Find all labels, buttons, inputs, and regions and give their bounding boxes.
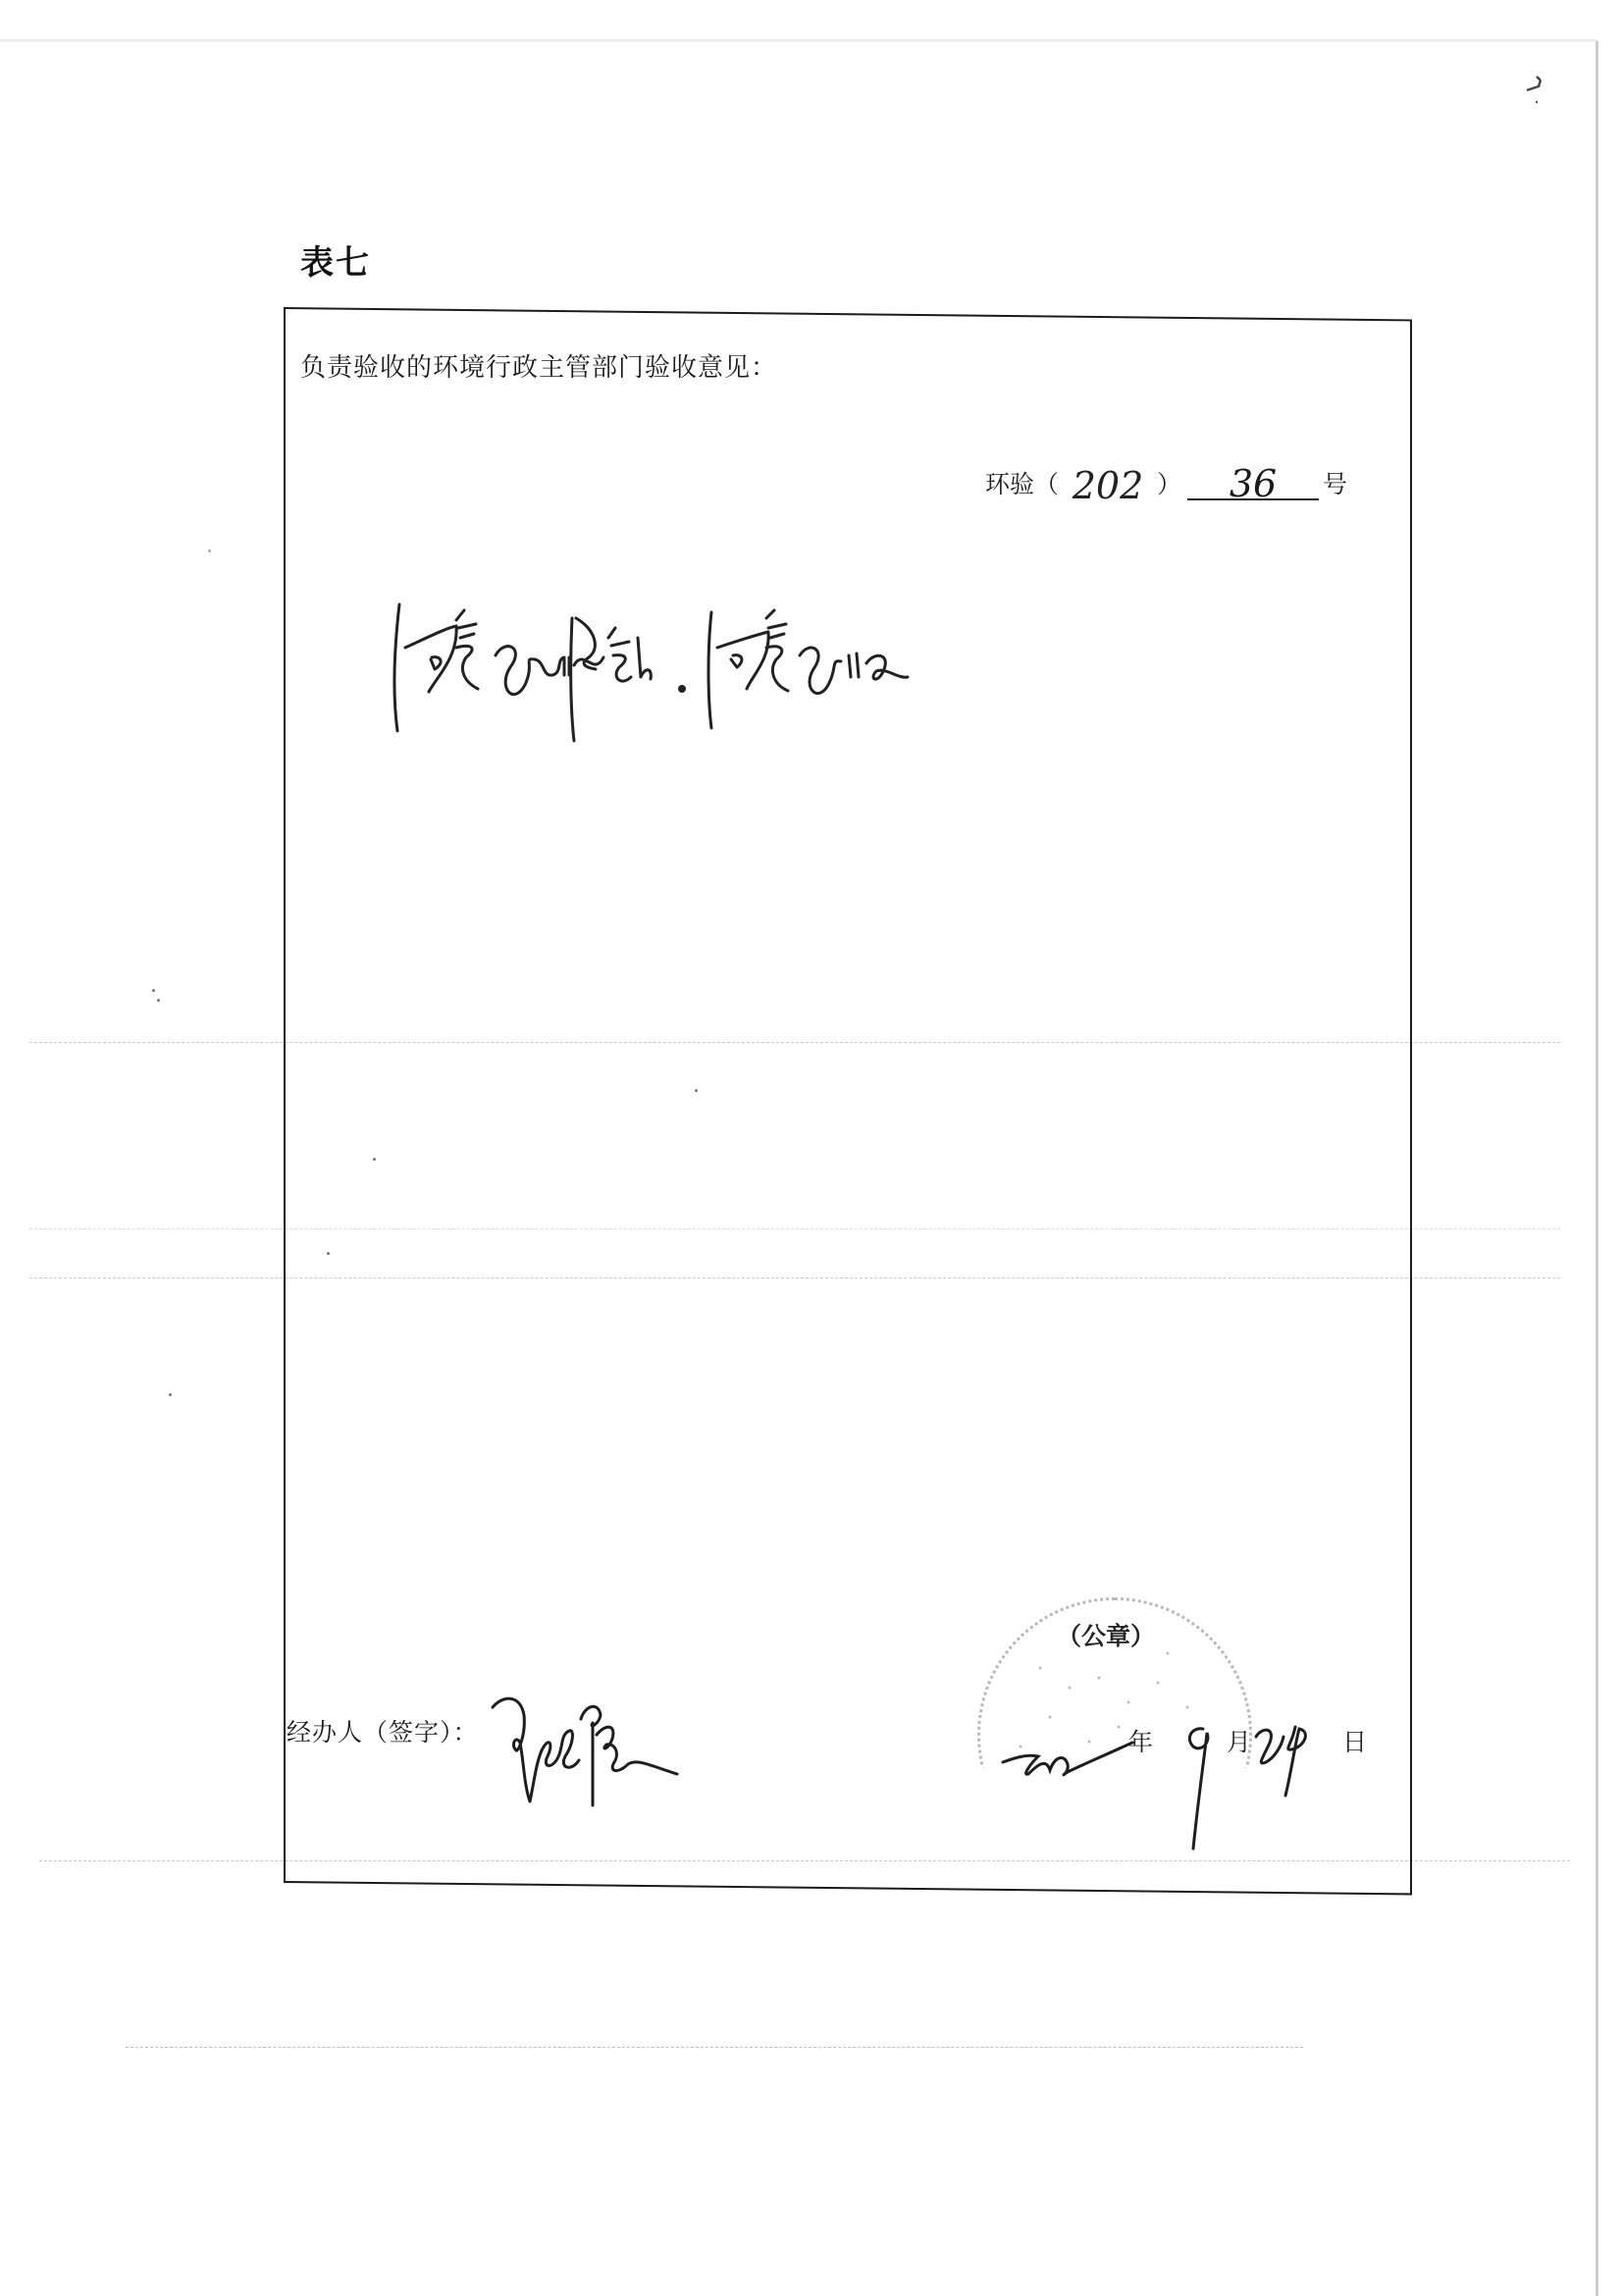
date-year-unit: 年 — [1128, 1723, 1153, 1758]
instruction-label: 负责验收的环境行政主管部门验收意见： — [300, 347, 777, 384]
scan-speck — [327, 1252, 330, 1255]
scan-speck — [169, 1393, 172, 1396]
date-day-unit: 日 — [1342, 1723, 1367, 1758]
date-year-strokes — [999, 1735, 1136, 1784]
date-day-strokes — [1252, 1723, 1331, 1801]
scan-speck — [695, 1089, 698, 1092]
date-month-strokes — [1178, 1723, 1227, 1855]
approval-number-handwritten: 36 — [1187, 469, 1319, 500]
corner-page-mark — [1521, 69, 1550, 108]
date-month-unit: 月 — [1227, 1723, 1251, 1758]
approval-close-paren: ） — [1157, 465, 1181, 500]
approval-year-handwritten: 202 — [1059, 471, 1157, 500]
page-edge-top — [0, 39, 1597, 42]
handler-signature-label: 经办人（签字）： — [287, 1713, 479, 1748]
scan-artifact-line — [126, 2047, 1303, 2049]
scan-speck — [208, 549, 211, 552]
scan-speck — [152, 989, 155, 992]
scan-speck — [373, 1158, 376, 1161]
form-title: 表七 — [300, 235, 371, 284]
approval-number: 环验（ 202 ） 36 号 — [985, 465, 1347, 500]
page-edge-right — [1596, 41, 1598, 2296]
handler-signature — [491, 1696, 687, 1813]
approval-suffix: 号 — [1323, 465, 1347, 500]
scan-speck — [157, 999, 160, 1002]
approval-prefix: 环验（ — [985, 465, 1059, 500]
handwritten-opinion-strokes — [388, 599, 1094, 756]
